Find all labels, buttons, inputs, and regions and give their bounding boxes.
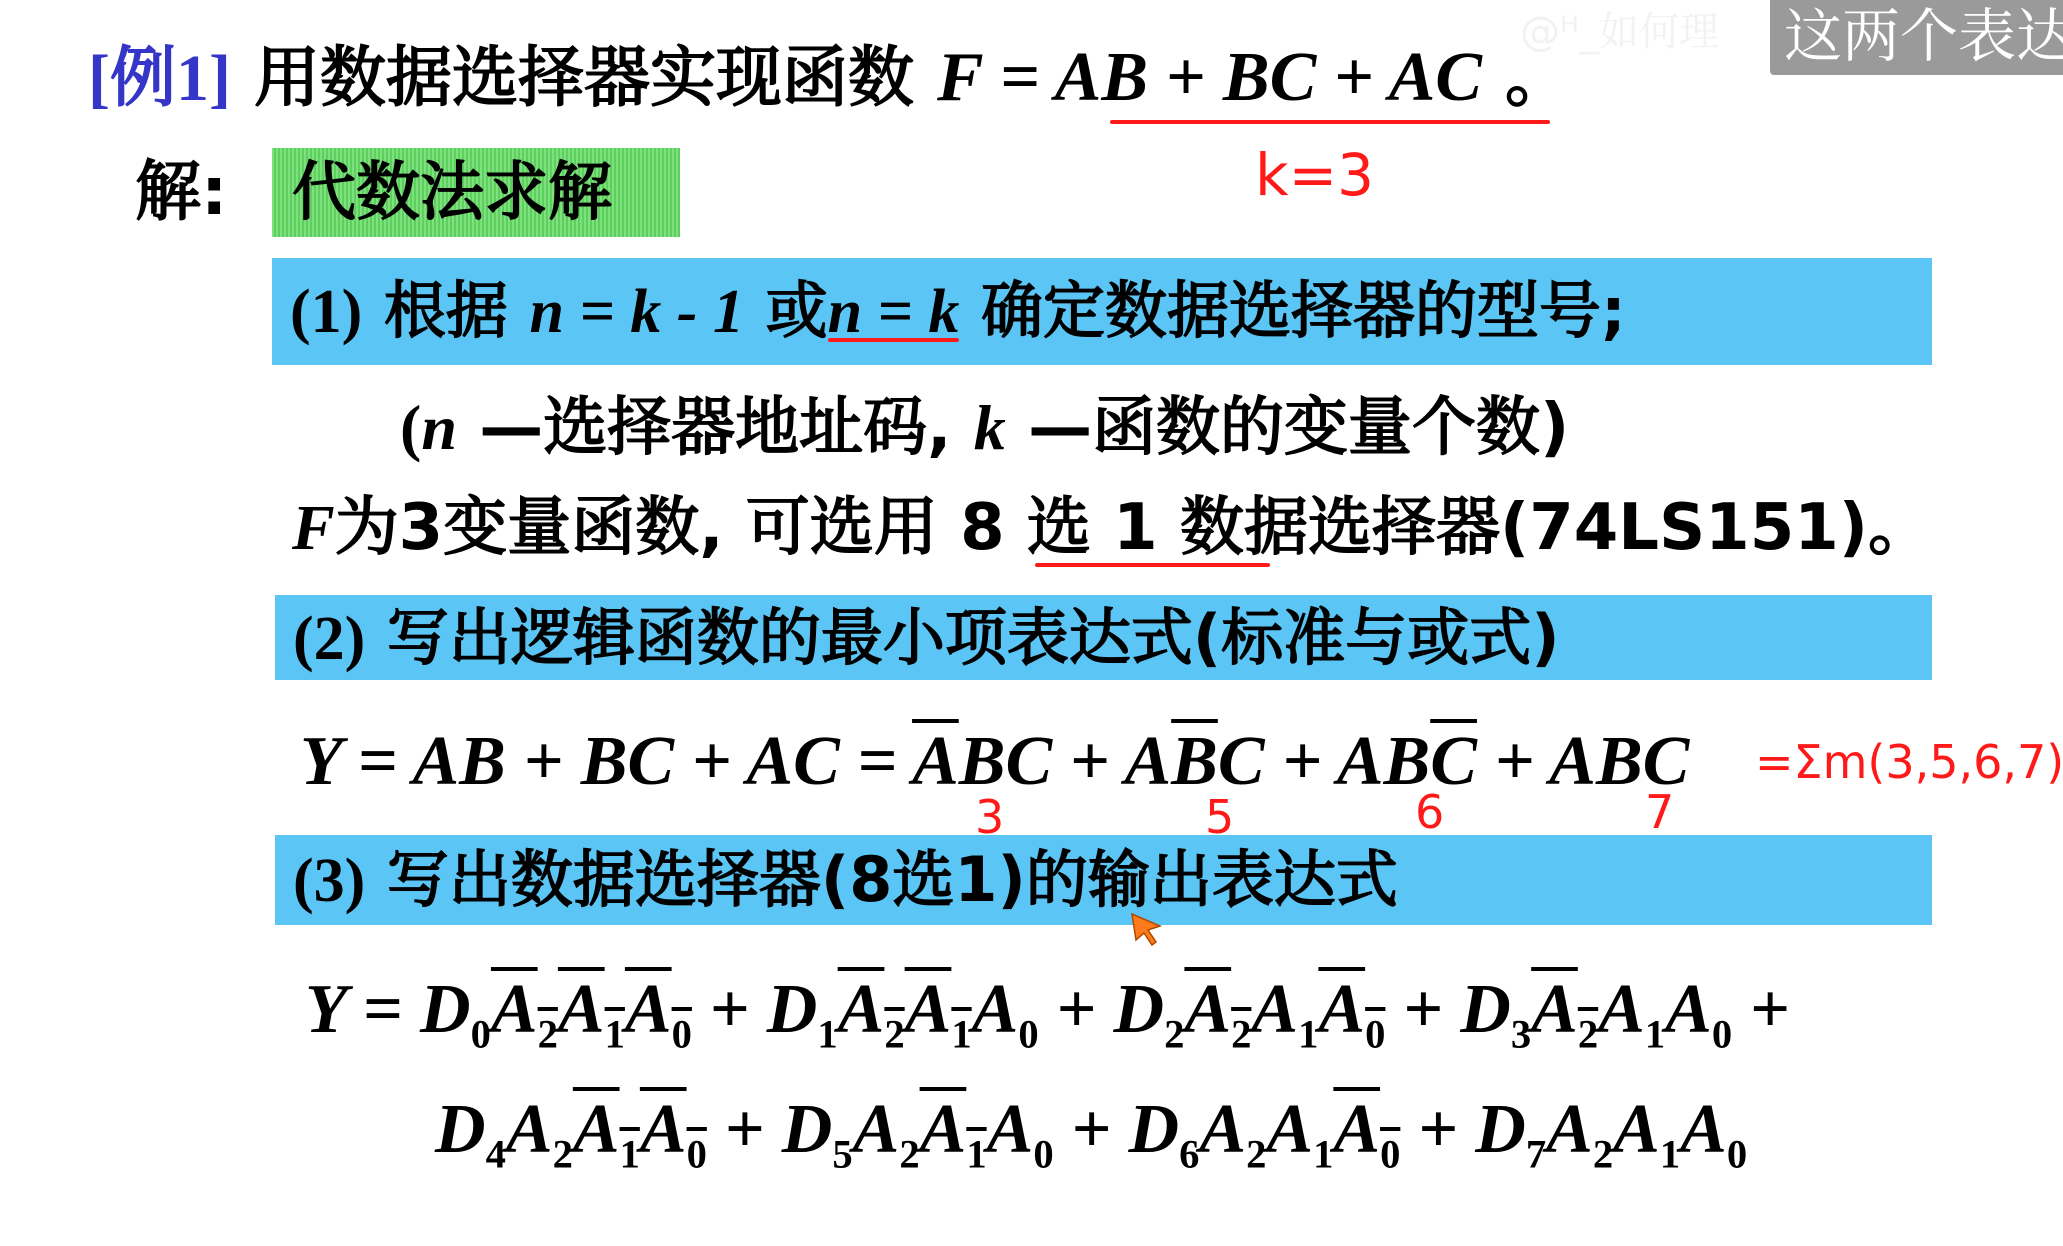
step-2-prefix: (2) xyxy=(293,605,365,673)
period: 。 xyxy=(1505,39,1571,116)
definition-line: (n —选择器地址码, k —函数的变量个数) xyxy=(400,388,1569,468)
step-2-box: (2) 写出逻辑函数的最小项表达式(标准与或式) xyxy=(275,595,1932,680)
step-1-math-a: n = k - 1 xyxy=(530,278,744,346)
minterm-5: ABC xyxy=(1124,723,1264,800)
minterm-6: ABC xyxy=(1337,723,1477,800)
step-1-text-c: 确定数据选择器的型号; xyxy=(981,274,1626,347)
method-label: 代数法求解 xyxy=(292,154,612,232)
example-tag: [例1] xyxy=(88,42,231,115)
step-2-text: 写出逻辑函数的最小项表达式(标准与或式) xyxy=(387,601,1560,674)
method-box: 代数法求解 xyxy=(272,148,680,237)
selection-line: F为3变量函数, 可选用 8 选 1 数据选择器(74LS151)。 xyxy=(292,488,1932,568)
sum-of-minterms-annotation: =Σm(3,5,6,7) xyxy=(1755,735,2063,789)
step-1-text-b: 或 xyxy=(766,274,828,347)
subtitle-caption: 这两个表达 xyxy=(1770,0,2063,75)
step-1-math-b: n = k xyxy=(828,278,960,346)
step-1-text-a: 根据 xyxy=(384,274,508,347)
mux-output-row-2: D4A2A1A0 + D5A2A1A0 + D6A2A1A0 + D7A2A1A… xyxy=(435,1085,1747,1199)
step-1-prefix: (1) xyxy=(290,278,362,346)
minterm-index-6: 6 xyxy=(1415,785,1444,839)
annotation-k: k=3 xyxy=(1255,140,1374,210)
step-3-text: 写出数据选择器(8选1)的输出表达式 xyxy=(387,843,1398,916)
step-1-box: (1) 根据 n = k - 1 或n = k 确定数据选择器的型号; xyxy=(272,258,1932,365)
step-3-box: (3) 写出数据选择器(8选1)的输出表达式 xyxy=(275,835,1932,925)
mux-output-row-1: Y = D0A2A1A0 + D1A2A1A0 + D2A2A1A0 + D3A… xyxy=(305,965,1790,1079)
problem-statement: [例1] 用数据选择器实现函数 F = AB + BC + AC 。 xyxy=(88,38,1571,119)
red-underline-8to1 xyxy=(1035,563,1270,567)
selection-highlight: 8 选 1 xyxy=(960,491,1158,565)
solution-label: 解: xyxy=(135,152,227,232)
problem-text: 用数据选择器实现函数 xyxy=(254,39,914,116)
step-3-prefix: (3) xyxy=(293,847,365,915)
red-underline-n-eq-k xyxy=(828,338,960,342)
minterm-3: ABC xyxy=(912,723,1052,800)
red-underline-function xyxy=(1110,120,1550,124)
function-expression: F = AB + BC + AC xyxy=(937,39,1482,116)
mouse-cursor-icon xyxy=(1130,912,1166,948)
minterm-index-7: 7 xyxy=(1645,785,1674,839)
